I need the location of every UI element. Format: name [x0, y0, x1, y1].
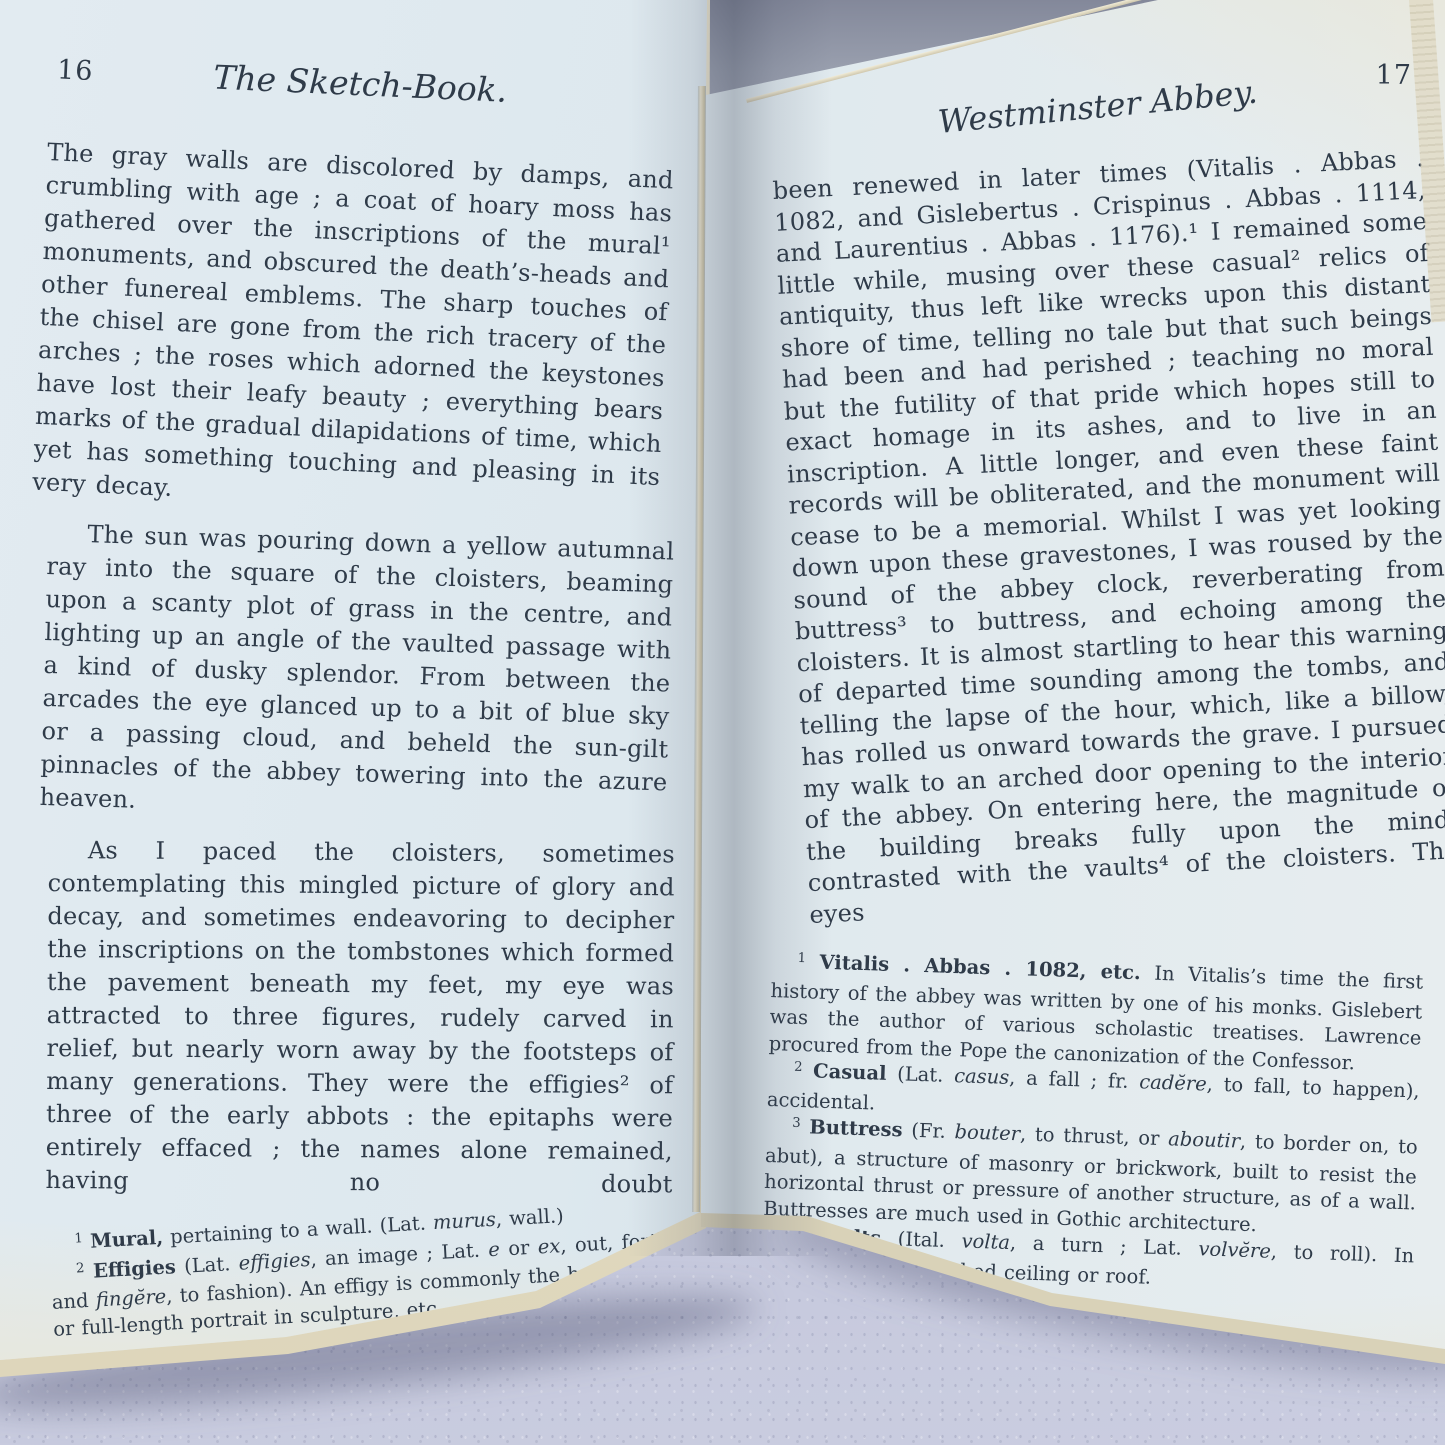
left-running-header: 16 The Sketch-Book. — [45, 50, 674, 134]
photo-open-book: 16 The Sketch-Book. The gray walls are d… — [0, 0, 1445, 1445]
right-paragraph: been renewed in later times (Vitalis . A… — [772, 143, 1445, 931]
left-running-title: The Sketch-Book. — [46, 50, 674, 117]
right-page-text-block: 17 Westminster Abbey. been renewed in la… — [772, 44, 1424, 1278]
right-footnote: 1 Vitalis . Abbas . 1082, etc. In Vitali… — [768, 948, 1423, 1079]
left-page-number: 16 — [56, 54, 94, 87]
right-running-title: Westminster Abbey. — [771, 57, 1424, 157]
right-footnote: 3 Buttress (Fr. bouter, to thrust, or ab… — [763, 1113, 1418, 1244]
spine-gutter-shadow — [628, 0, 832, 1256]
left-paragraph: The sun was pouring down a yellow autumn… — [39, 517, 675, 832]
left-paragraph: As I paced the cloisters, sometimes cont… — [45, 834, 675, 1201]
left-page-text-block: 16 The Sketch-Book. The gray walls are d… — [48, 50, 675, 1343]
left-paragraph: The gray walls are discolored by damps, … — [32, 136, 675, 527]
